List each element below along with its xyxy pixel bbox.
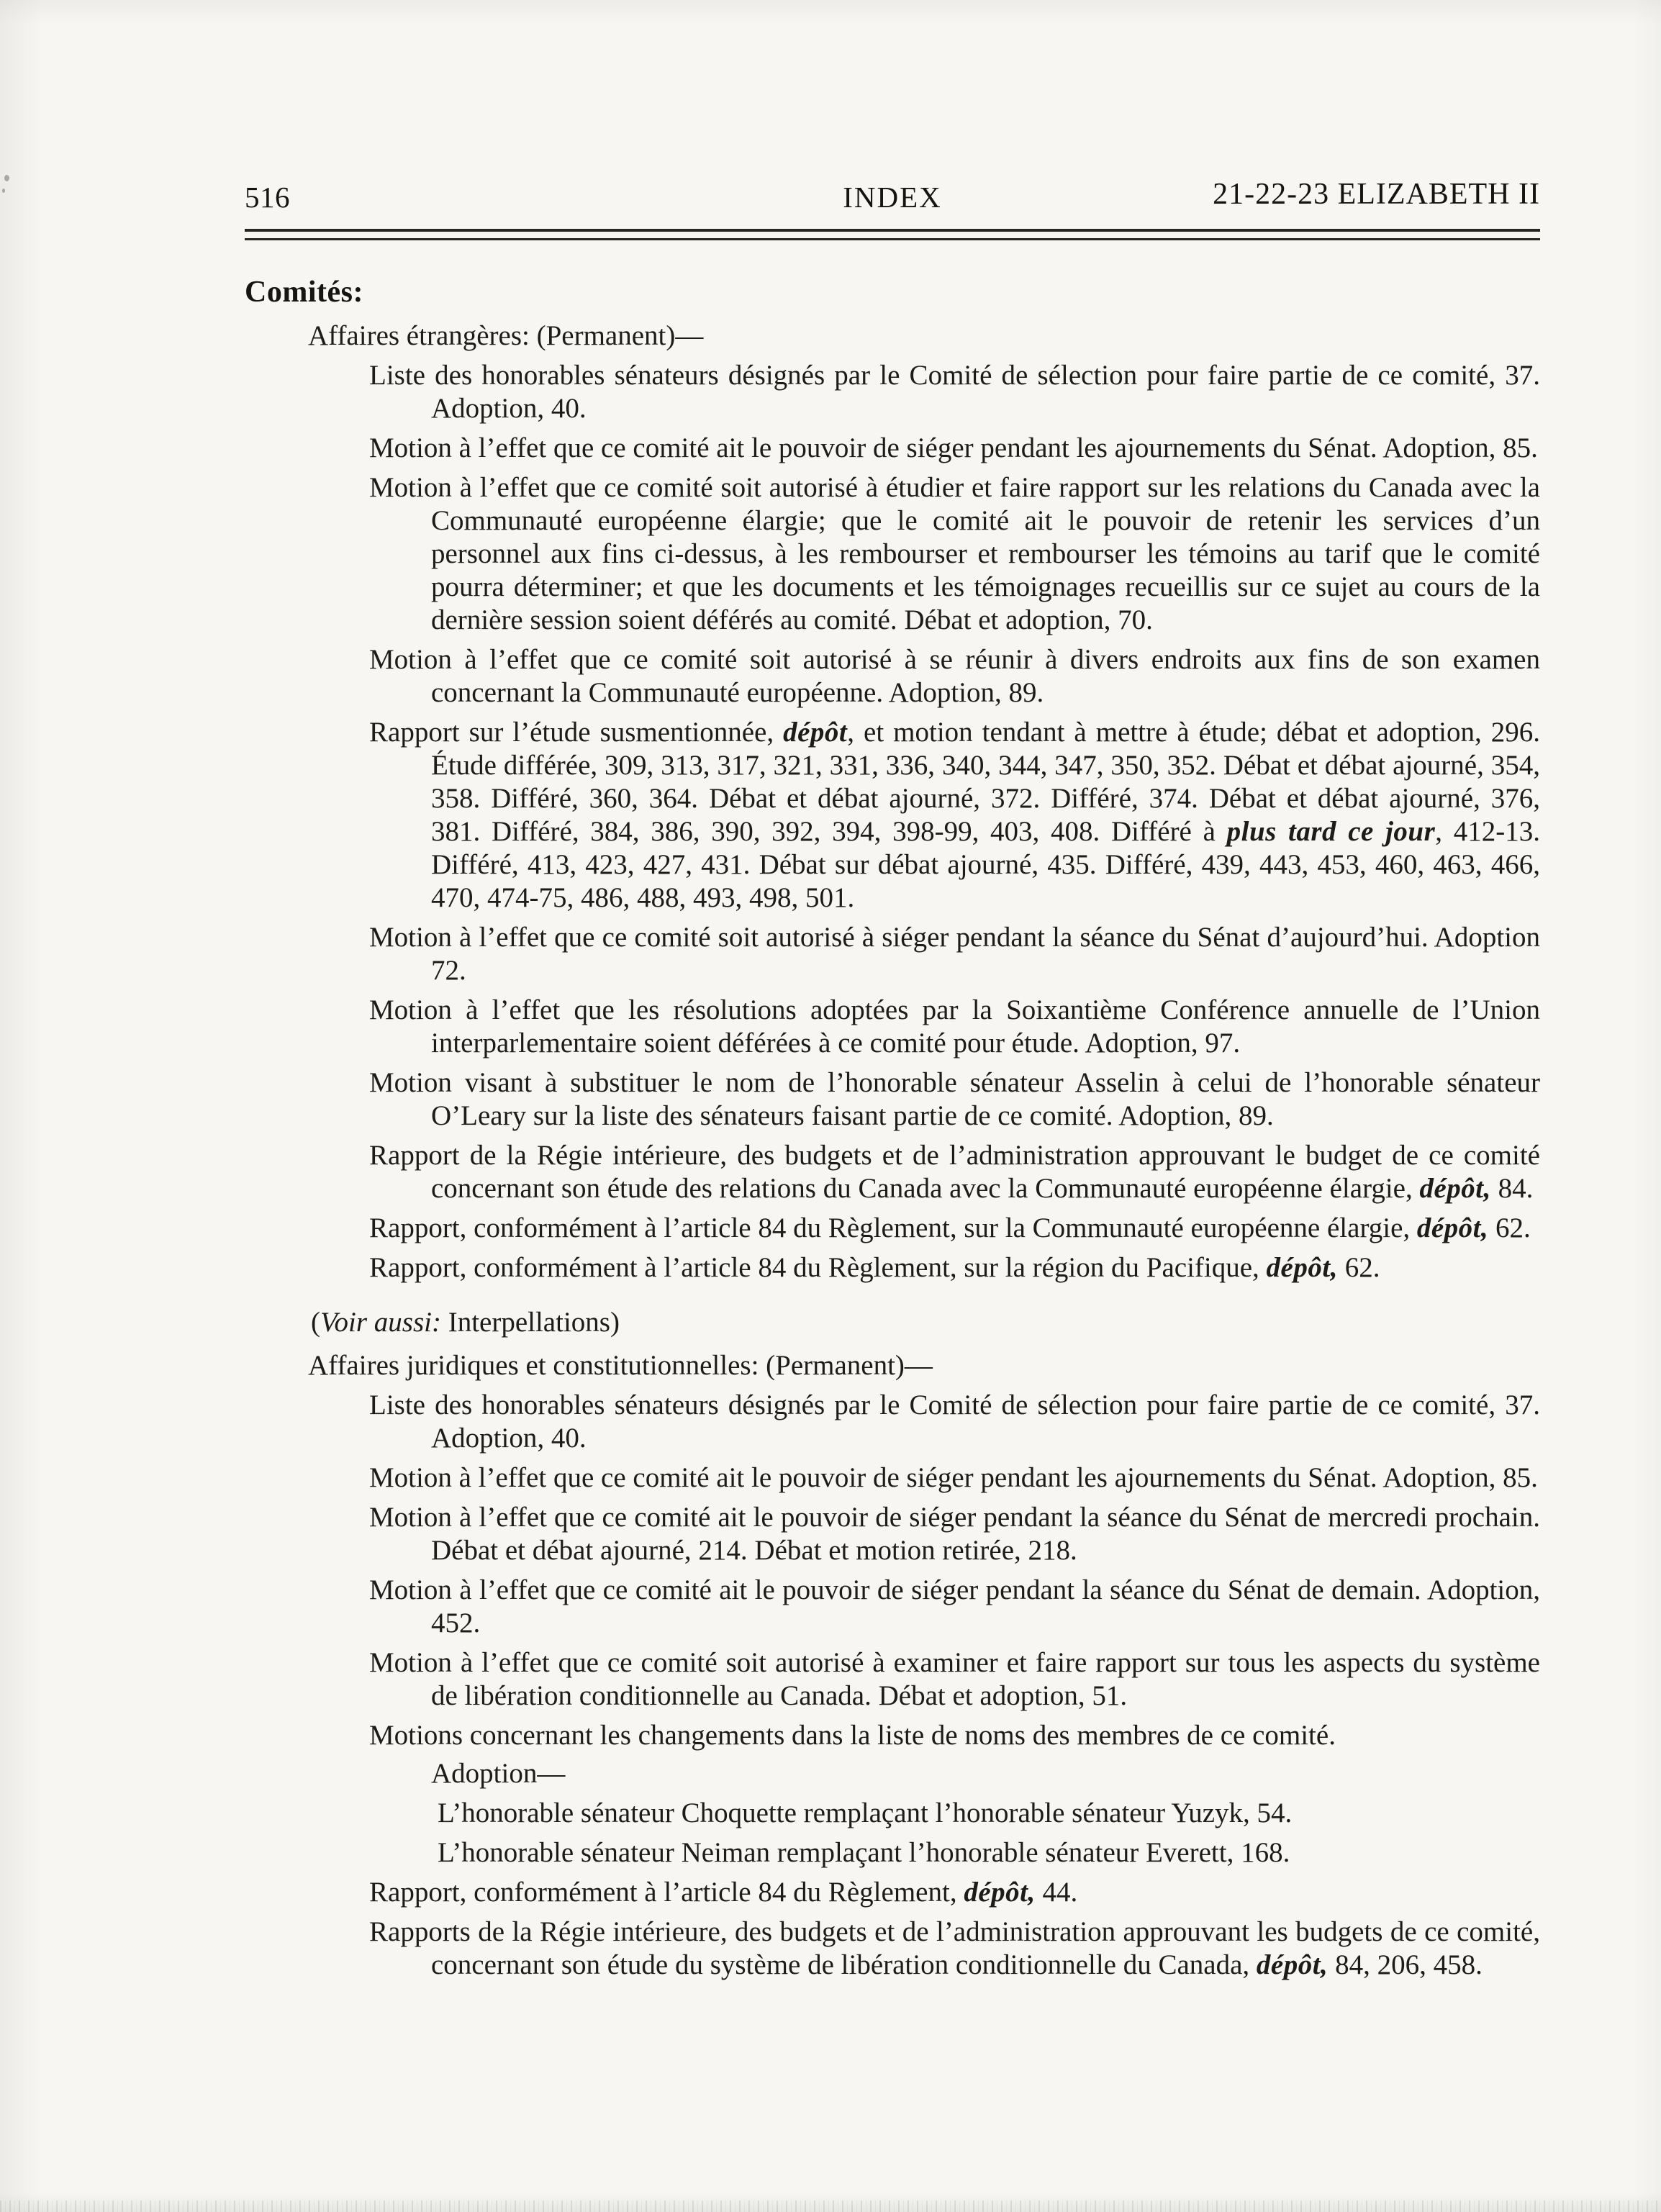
emphasized-text: plus tard ce jour (1227, 816, 1436, 847)
index-entry: Motion à l’effet que ce comité ait le po… (245, 432, 1540, 465)
see-also-reference: (Voir aussi: Interpellations) (245, 1306, 1540, 1339)
entry-text: Motion à l’effet que ce comité soit auto… (369, 644, 1540, 708)
scan-edge-noise (0, 2200, 1661, 2212)
index-entry: Motion à l’effet que ce comité ait le po… (245, 1461, 1540, 1495)
regnal-year: 21-22-23 ELIZABETH II (1213, 177, 1540, 212)
subsection-label: Affaires étrangères: (Permanent)— (245, 319, 1540, 352)
entry-text: Motion à l’effet que ce comité ait le po… (369, 432, 1538, 463)
entry-text: ( (311, 1307, 320, 1338)
subsection-label: Affaires juridiques et constitutionnelle… (245, 1349, 1540, 1382)
page-header: 516 INDEX 21-22-23 ELIZABETH II (245, 180, 1540, 217)
entry-text: Motion visant à substituer le nom de l’h… (369, 1067, 1540, 1131)
entry-text: Motions concernant les changements dans … (369, 1720, 1336, 1751)
index-entry: L’honorable sénateur Choquette remplaçan… (245, 1797, 1540, 1830)
entry-text: L’honorable sénateur Neiman remplaçant l… (438, 1837, 1290, 1868)
index-body: Affaires étrangères: (Permanent)—Liste d… (245, 319, 1540, 1982)
index-entry: Rapport sur l’étude susmentionnée, dépôt… (245, 716, 1540, 915)
index-entry: Rapports de la Régie intérieure, des bud… (245, 1916, 1540, 1982)
index-entry: Motion à l’effet que les résolutions ado… (245, 994, 1540, 1060)
entry-text: Motion à l’effet que ce comité soit auto… (369, 472, 1540, 635)
index-entry: Motions concernant les changements dans … (245, 1719, 1540, 1752)
emphasized-text: Voir aussi: (320, 1307, 441, 1338)
index-main-heading: Comités: (245, 275, 1540, 309)
entry-text: Liste des honorables sénateurs désignés … (369, 360, 1540, 424)
entry-text: Motion à l’effet que ce comité soit auto… (369, 1647, 1540, 1711)
entry-text: 62. (1338, 1252, 1380, 1283)
entry-text: 84, 206, 458. (1328, 1949, 1483, 1980)
scanned-page: { "header": { "page_number": "516", "tit… (0, 0, 1661, 2212)
index-entry: Motion à l’effet que ce comité ait le po… (245, 1574, 1540, 1640)
entry-text: Rapport, conformément à l’article 84 du … (369, 1212, 1417, 1243)
scan-speck (2, 189, 5, 193)
entry-text: Motion à l’effet que ce comité ait le po… (369, 1574, 1540, 1638)
index-entry: Rapport, conformément à l’article 84 du … (245, 1876, 1540, 1909)
entry-text: Motion à l’effet que ce comité soit auto… (369, 922, 1540, 986)
index-entry: Rapport de la Régie intérieure, des budg… (245, 1139, 1540, 1205)
emphasized-text: dépôt, (1257, 1949, 1328, 1980)
header-double-rule (245, 229, 1540, 240)
index-entry: Motion à l’effet que ce comité soit auto… (245, 643, 1540, 710)
index-entry: Liste des honorables sénateurs désignés … (245, 1389, 1540, 1455)
index-entry: Motion à l’effet que ce comité soit auto… (245, 471, 1540, 637)
index-entry: L’honorable sénateur Neiman remplaçant l… (245, 1836, 1540, 1869)
entry-text: Motion à l’effet que les résolutions ado… (369, 994, 1540, 1059)
emphasized-text: dépôt, (1420, 1173, 1491, 1204)
entry-text: Rapport, conformément à l’article 84 du … (369, 1252, 1267, 1283)
index-entry: Motion visant à substituer le nom de l’h… (245, 1066, 1540, 1133)
emphasized-text: dépôt (783, 717, 847, 748)
scan-speck (4, 175, 9, 181)
index-entry: Rapport, conformément à l’article 84 du … (245, 1251, 1540, 1284)
entry-text: Rapport sur l’étude susmentionnée, (369, 717, 783, 748)
page-content: 516 INDEX 21-22-23 ELIZABETH II Comités:… (245, 180, 1540, 1988)
emphasized-text: dépôt, (1267, 1252, 1338, 1283)
entry-text: Rapport, conformément à l’article 84 du … (369, 1877, 964, 1908)
entry-text: Interpellations) (441, 1307, 620, 1338)
index-entry: Motion à l’effet que ce comité soit auto… (245, 1646, 1540, 1713)
entry-text: 62. (1488, 1212, 1531, 1243)
index-entry: Rapport, conformément à l’article 84 du … (245, 1212, 1540, 1245)
entry-text: Motion à l’effet que ce comité ait le po… (369, 1462, 1538, 1493)
entry-text: Liste des honorables sénateurs désignés … (369, 1390, 1540, 1454)
index-entry: Motion à l’effet que ce comité ait le po… (245, 1501, 1540, 1567)
index-entry-continuation: Adoption— (245, 1757, 1540, 1790)
emphasized-text: dépôt, (964, 1877, 1035, 1908)
index-entry: Motion à l’effet que ce comité soit auto… (245, 921, 1540, 987)
entry-text: Motion à l’effet que ce comité ait le po… (369, 1502, 1540, 1566)
entry-text: 84. (1491, 1173, 1534, 1204)
emphasized-text: dépôt, (1417, 1212, 1488, 1243)
entry-text: 44. (1036, 1877, 1078, 1908)
index-entry: Liste des honorables sénateurs désignés … (245, 359, 1540, 425)
entry-text: Rapport de la Régie intérieure, des budg… (369, 1140, 1540, 1204)
entry-text: L’honorable sénateur Choquette remplaçan… (438, 1798, 1292, 1828)
